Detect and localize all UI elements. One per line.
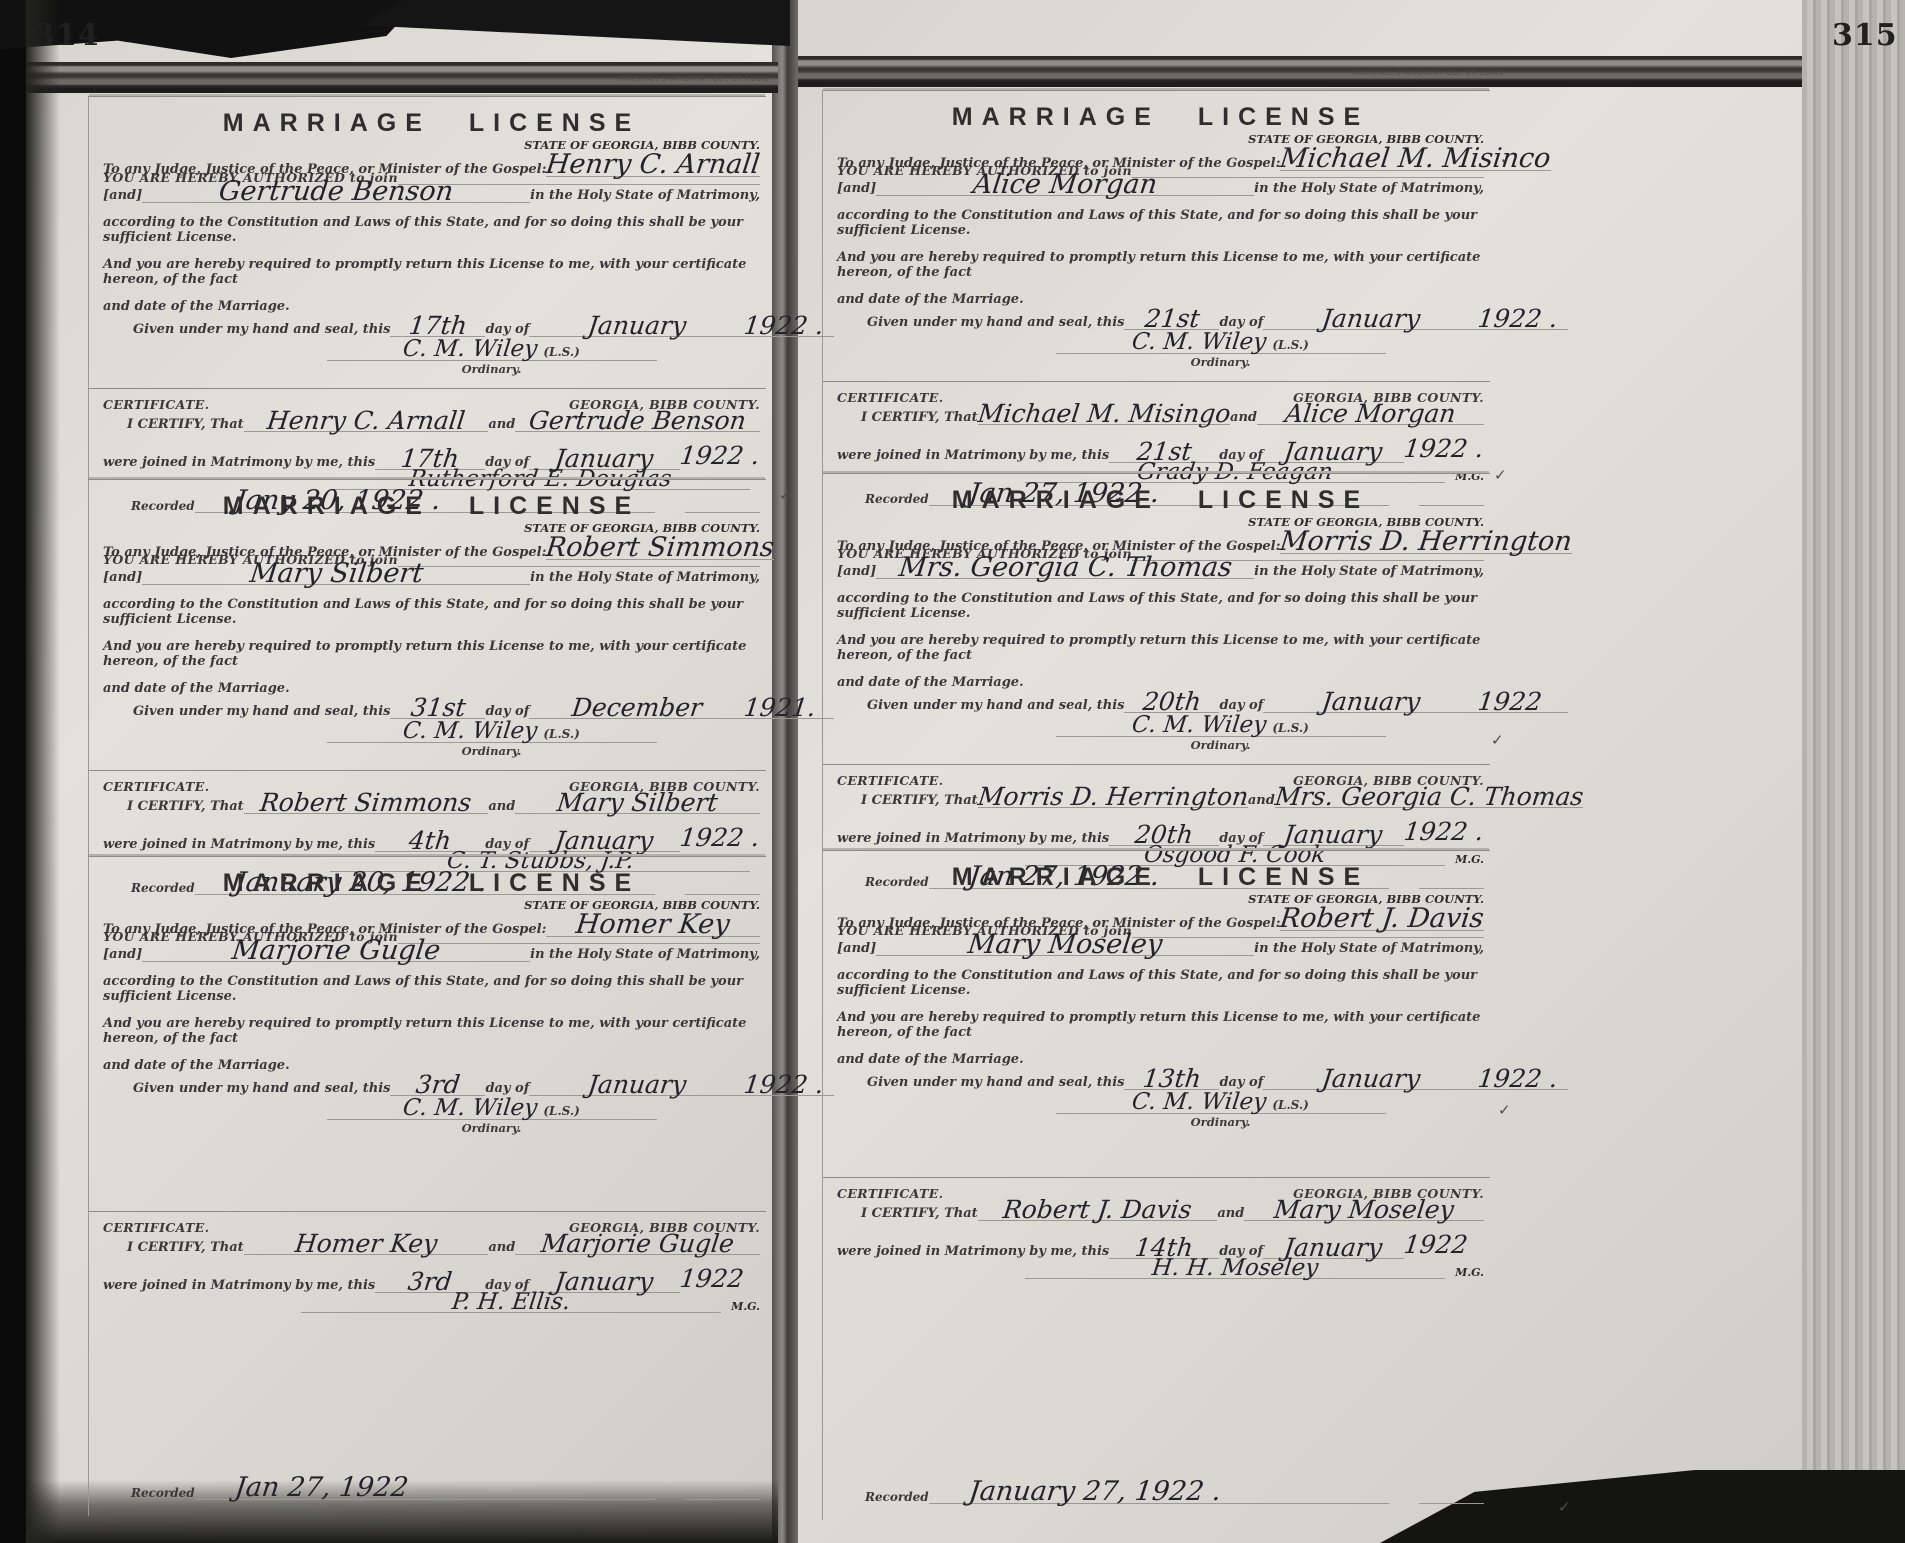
officiant-signature: P. H. Ellis.	[451, 1293, 571, 1313]
matrimony-label: in the Holy State of Matrimony,	[530, 188, 760, 203]
license-record-simmons-silbert: MARRIAGE LICENSE STATE OF GEORGIA, BIBB …	[88, 479, 766, 856]
license-year: 1921.	[743, 698, 817, 718]
license-day: 20th	[1142, 692, 1202, 712]
section-divider	[823, 381, 1490, 382]
section-divider	[89, 1211, 766, 1212]
section-divider	[89, 770, 766, 771]
and-label: [and]	[837, 941, 876, 956]
check-mark: ✓	[1498, 1101, 1511, 1119]
book-fore-edge	[1802, 0, 1905, 1543]
bride-name: Gertrude Benson	[218, 181, 455, 203]
license-title: MARRIAGE LICENSE	[837, 863, 1484, 892]
license-record-key-gugle: MARRIAGE LICENSE STATE OF GEORGIA, BIBB …	[88, 856, 766, 1516]
matrimony-label: in the Holy State of Matrimony,	[530, 947, 760, 962]
matrimony-label: in the Holy State of Matrimony,	[1254, 941, 1484, 956]
form-body-line: And you are hereby required to promptly …	[103, 257, 760, 287]
cert-bride-name: Marjorie Gugle	[540, 1235, 735, 1254]
groom-name: Morris D. Herrington	[1279, 531, 1573, 553]
cert-bride-name: Gertrude Benson	[528, 412, 747, 431]
scan-shadow-left-edge	[26, 0, 60, 1543]
form-body-line: according to the Constitution and Laws o…	[103, 215, 760, 245]
license-title: MARRIAGE LICENSE	[837, 103, 1484, 132]
day-of-label: day of	[485, 322, 529, 337]
ls-label: (L.S.)	[543, 345, 579, 359]
matrimony-label: in the Holy State of Matrimony,	[530, 570, 760, 585]
ordinary-signature: C. M. Wiley	[402, 339, 539, 360]
certify-label: I CERTIFY, That	[127, 417, 244, 432]
license-month: January	[1321, 1069, 1422, 1089]
license-year: 1922	[1477, 692, 1543, 712]
certificate-label: CERTIFICATE.	[103, 397, 209, 412]
cert-year: 1922 .	[1402, 817, 1485, 846]
cert-groom-name: Morris D. Herrington	[976, 788, 1248, 807]
license-day: 21st	[1143, 309, 1200, 329]
license-year: 1922 .	[743, 316, 825, 336]
page-curl-right	[798, 56, 1802, 82]
cert-year: 1922 .	[678, 441, 761, 470]
license-record-davis-moseley: MARRIAGE LICENSE STATE OF GEORGIA, BIBB …	[822, 850, 1490, 1520]
groom-name: Michael M. Misinco	[1279, 148, 1552, 170]
bride-name: Mrs. Georgia C. Thomas	[897, 557, 1233, 579]
groom-name: Robert J. Davis	[1279, 908, 1485, 930]
book-binding-gutter	[772, 0, 798, 1543]
scanned-register-spread: 314 315 MARSHALL STATIONERY CO., ST. LOU…	[0, 0, 1905, 1543]
license-title: MARRIAGE LICENSE	[837, 486, 1484, 515]
ordinary-signature: C. M. Wiley	[1131, 1092, 1268, 1113]
license-record-misinco-morgan: MARRIAGE LICENSE STATE OF GEORGIA, BIBB …	[822, 90, 1490, 473]
officiant-signature: H. H. Moseley	[1151, 1259, 1320, 1279]
check-mark: ✓	[779, 486, 792, 504]
recorded-date: January 27, 1922 .	[967, 1481, 1222, 1503]
cert-day: 4th	[408, 831, 453, 851]
cert-day: 3rd	[407, 1272, 453, 1292]
groom-name: Robert Simmons	[545, 537, 776, 559]
license-month: January	[1321, 692, 1422, 712]
cert-year: 1922	[678, 1264, 745, 1293]
license-day: 17th	[408, 316, 468, 336]
and-label: [and]	[103, 947, 142, 962]
cert-groom-name: Michael M. Misingo	[976, 405, 1231, 424]
cert-groom-name: Robert Simmons	[259, 794, 472, 813]
cert-year: 1922	[1402, 1230, 1469, 1259]
license-month: December	[571, 698, 704, 718]
cert-year: 1922 .	[678, 823, 761, 852]
ordinary-label: Ordinary.	[223, 362, 760, 376]
check-mark: ✓	[1494, 466, 1507, 484]
and-label: [and]	[103, 188, 142, 203]
license-year: 1922 .	[1477, 309, 1559, 329]
license-record-herrington-thomas: MARRIAGE LICENSE STATE OF GEORGIA, BIBB …	[822, 473, 1490, 850]
and-label: [and]	[837, 181, 876, 196]
groom-name: Homer Key	[575, 914, 731, 936]
bride-name: Mary Silbert	[248, 563, 424, 585]
bride-name: Mary Moseley	[967, 934, 1164, 956]
cert-groom-name: Robert J. Davis	[1002, 1201, 1193, 1220]
officiant-title: M.G.	[731, 1300, 760, 1313]
section-divider	[823, 764, 1490, 765]
license-title: MARRIAGE LICENSE	[103, 109, 760, 138]
cert-bride-name: Mrs. Georgia C. Thomas	[1274, 788, 1585, 807]
cert-groom-name: Henry C. Arnall	[266, 412, 466, 431]
stationer-imprint-right: MARSHALL STATIONERY CO., ST. LOUIS	[1352, 70, 1503, 77]
and-label: [and]	[103, 570, 142, 585]
cert-bride-name: Mary Silbert	[556, 794, 719, 813]
check-mark: ✓	[1558, 1498, 1571, 1516]
license-day: 13th	[1142, 1069, 1202, 1089]
cert-groom-name: Homer Key	[294, 1235, 438, 1254]
check-mark: ✓	[1491, 731, 1504, 749]
ordinary-signature: C. M. Wiley	[1131, 332, 1268, 353]
license-year: 1922 .	[743, 1075, 825, 1095]
and-word: and	[488, 417, 515, 432]
form-column-left: MARRIAGE LICENSE STATE OF GEORGIA, BIBB …	[88, 96, 766, 1516]
license-title: MARRIAGE LICENSE	[103, 869, 760, 898]
section-divider	[89, 388, 766, 389]
matrimony-label: in the Holy State of Matrimony,	[1254, 564, 1484, 579]
page-edge-rule-right	[798, 82, 1802, 87]
bride-name: Alice Morgan	[972, 174, 1159, 196]
license-day: 3rd	[415, 1075, 461, 1095]
ordinary-signature: C. M. Wiley	[1131, 715, 1268, 736]
cert-bride-name: Mary Moseley	[1273, 1201, 1455, 1220]
license-month: January	[587, 1075, 688, 1095]
officiant-title: M.G.	[1455, 1266, 1484, 1279]
recorded-date: Jan 27, 1922	[233, 1477, 409, 1499]
section-divider	[823, 1177, 1490, 1178]
cert-year: 1922 .	[1402, 434, 1485, 463]
form-column-right: MARRIAGE LICENSE STATE OF GEORGIA, BIBB …	[822, 90, 1490, 1520]
joined-label: were joined in Matrimony by me, this	[103, 455, 375, 470]
license-month: January	[1321, 309, 1422, 329]
matrimony-label: in the Holy State of Matrimony,	[1254, 181, 1484, 196]
license-record-arnall-benson: MARRIAGE LICENSE STATE OF GEORGIA, BIBB …	[88, 96, 766, 479]
ordinary-signature: C. M. Wiley	[402, 721, 539, 742]
license-day: 31st	[409, 698, 466, 718]
given-label: Given under my hand and seal, this	[133, 322, 390, 337]
groom-name: Henry C. Arnall	[545, 154, 761, 176]
page-edge-rule-left	[26, 88, 778, 93]
license-month: January	[587, 316, 688, 336]
bride-name: Marjorie Gugle	[231, 940, 442, 962]
license-year: 1922 .	[1477, 1069, 1559, 1089]
and-label: [and]	[837, 564, 876, 579]
page-curl-left	[26, 62, 778, 88]
ordinary-signature: C. M. Wiley	[402, 1098, 539, 1119]
page-number-left: 314	[34, 18, 100, 53]
page-number-right: 315	[1832, 18, 1898, 53]
cert-bride-name: Alice Morgan	[1284, 405, 1457, 424]
stationer-imprint-left: MARSHALL STATIONERY CO., ST. LOUIS	[618, 76, 769, 83]
license-title: MARRIAGE LICENSE	[103, 492, 760, 521]
